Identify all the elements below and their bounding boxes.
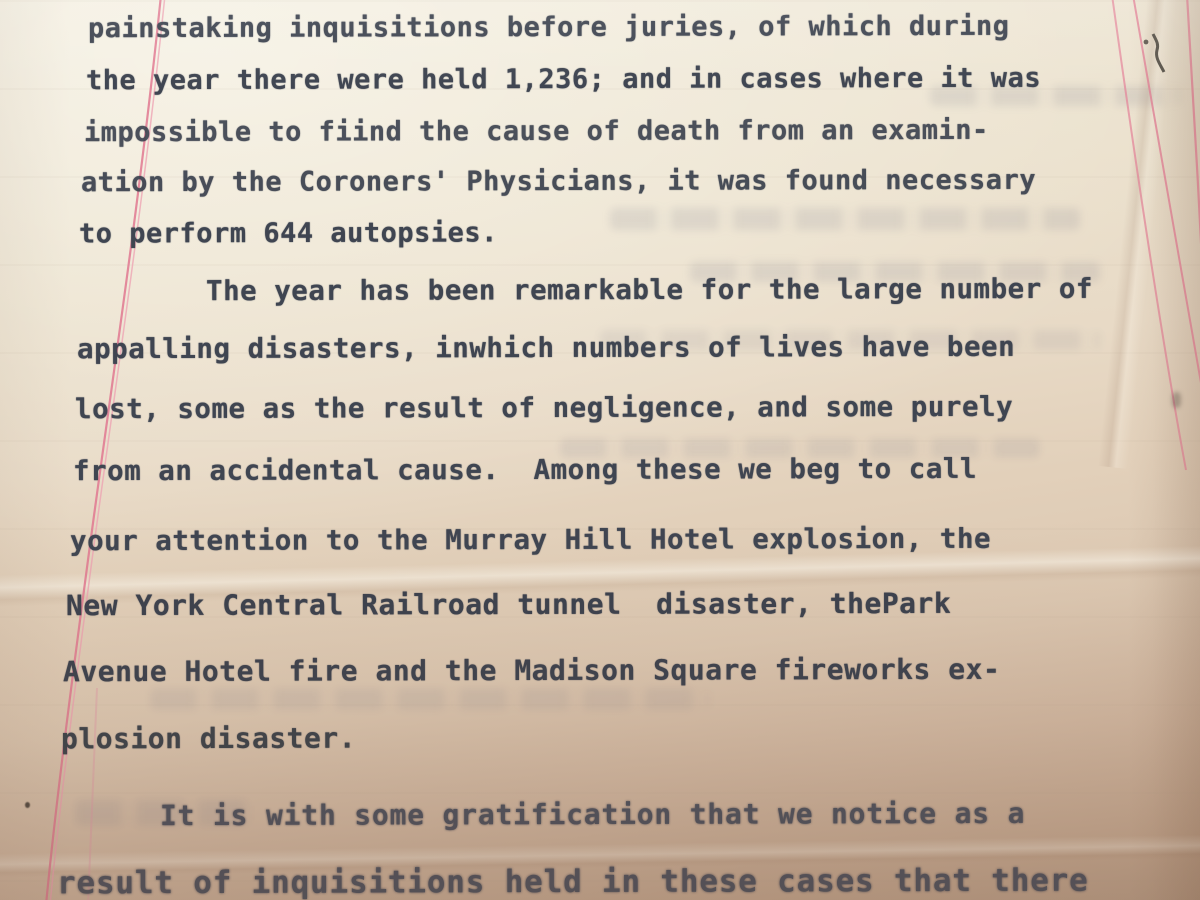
typed-line-1: painstaking inquisitions before juries, … [88, 11, 1010, 44]
typed-line-14: It is with some gratification that we no… [160, 797, 1025, 832]
document-photo: painstaking inquisitions before juries, … [0, 0, 1200, 900]
typed-line-6: The year has been remarkable for the lar… [206, 273, 1093, 307]
typed-line-12: Avenue Hotel fire and the Madison Square… [63, 653, 1000, 688]
typed-line-11: New York Central Railroad tunnel disaste… [66, 587, 951, 622]
typed-line-7: appalling disasters, inwhich numbers of … [77, 331, 1015, 365]
typed-line-9: from an accidental cause. Among these we… [73, 453, 977, 487]
typed-line-3: impossible to fiind the cause of death f… [84, 115, 989, 148]
typed-line-2: the year there were held 1,236; and in c… [86, 63, 1041, 97]
typed-line-13: plosion disaster. [61, 722, 356, 756]
typed-text-block: painstaking inquisitions before juries, … [0, 0, 1200, 900]
typed-line-8: lost, some as the result of negligence, … [75, 391, 1013, 425]
typed-line-4: ation by the Coroners' Physicians, it wa… [81, 165, 1036, 199]
ink-smudge [1172, 392, 1181, 408]
typed-line-5: to perform 644 autopsies. [79, 217, 498, 249]
ink-speck [25, 802, 30, 808]
typed-line-15: result of inquisitions held in these cas… [57, 863, 1089, 900]
typed-line-10: your attention to the Murray Hill Hotel … [70, 523, 991, 557]
